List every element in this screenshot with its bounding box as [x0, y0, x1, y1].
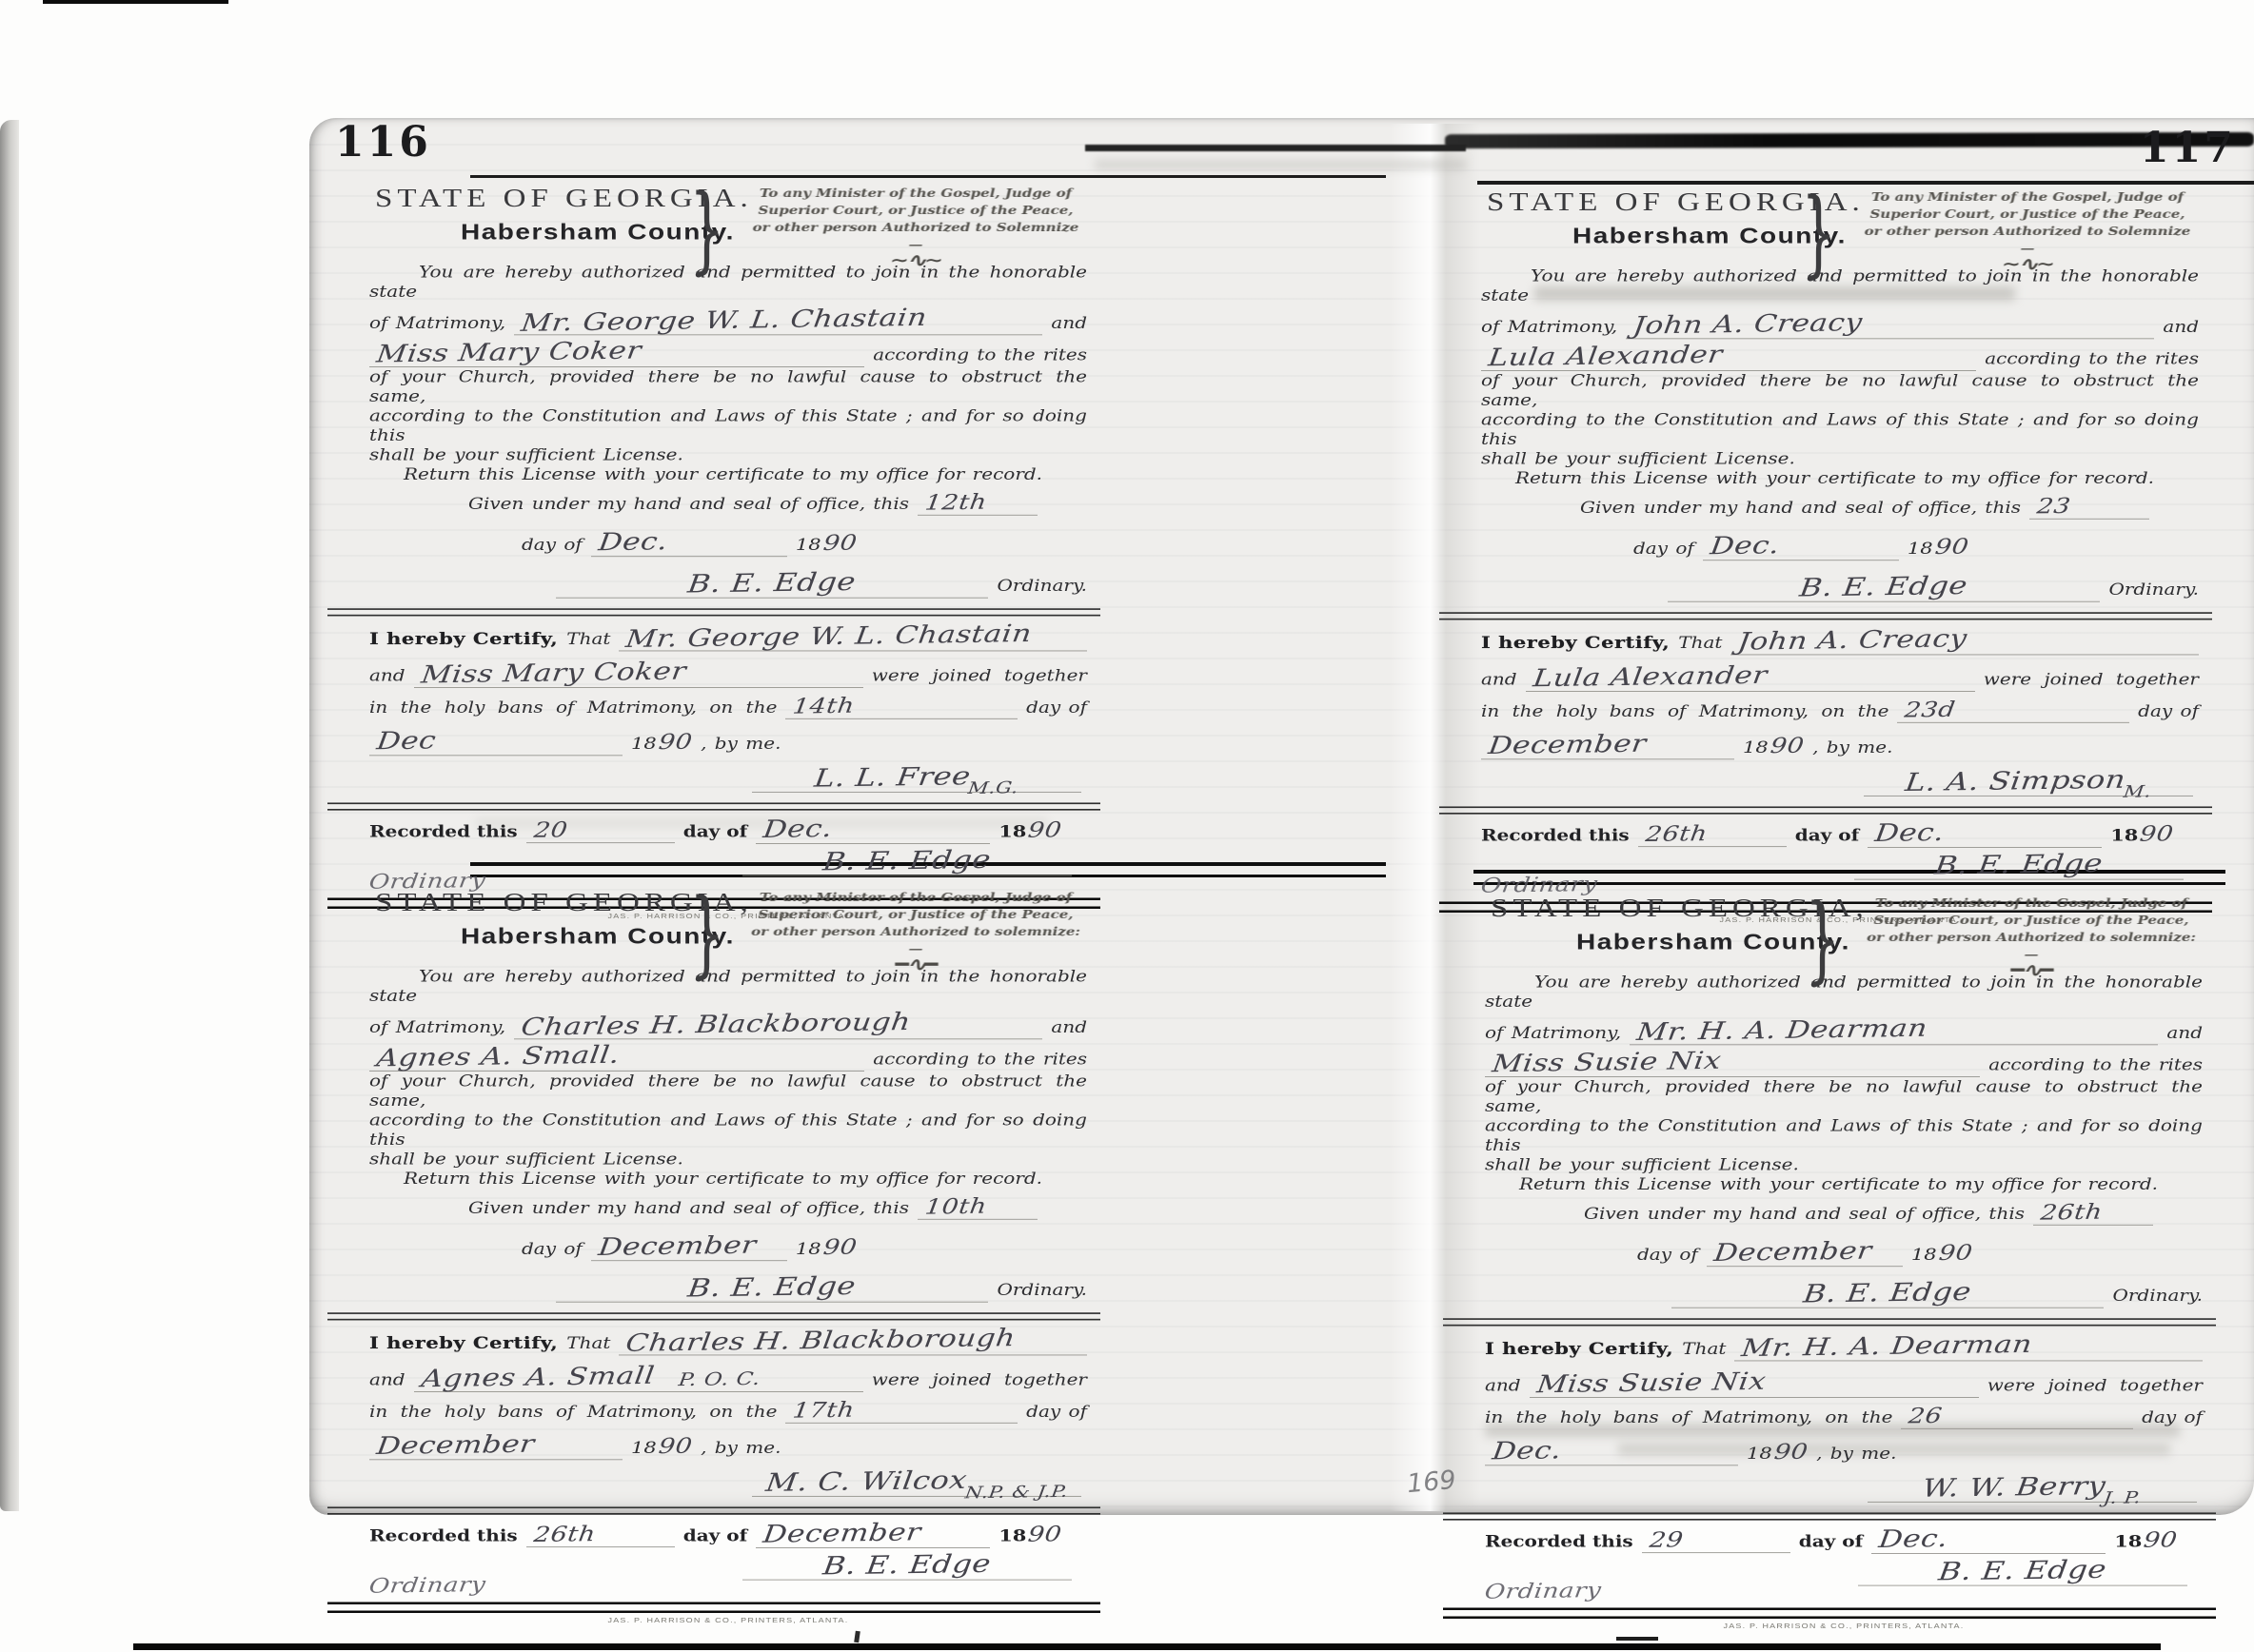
certificate-bottom-rule [327, 1602, 1100, 1612]
addressee-line: To any Minister of the Gospel, Judge of … [753, 187, 1079, 252]
brace-decoration: } [1805, 884, 1841, 993]
certificate-bottom-rule [1443, 1607, 2216, 1618]
year-prefix: 18 [2114, 1531, 2142, 1551]
marriage-year-hand: 90 [1772, 1440, 1809, 1465]
addressee-text: To any Minister of the Gospel, Judge of … [748, 185, 1083, 269]
printed-label: of Matrimony, [369, 1017, 505, 1037]
printed-label: of Matrimony, [369, 313, 505, 333]
recorder-title-script: Ordinary [367, 1573, 486, 1598]
printer-imprint: JAS. P. HARRISON & CO., PRINTERS, ATLANT… [369, 1616, 1087, 1623]
printed-label: and [2163, 317, 2199, 337]
marriage-day-line: in the holy bans of Matrimony, on the 14… [369, 694, 1087, 718]
certificate-header: STATE OF GEORGIA, Habersham County. } To… [369, 889, 1087, 964]
license-day-hand: 10th [923, 1194, 988, 1219]
addressee-line: To any Minister of the Gospel, Judge of … [1867, 896, 2196, 962]
printed-label: That [566, 1333, 610, 1353]
certify-label: I hereby Certify, [1481, 633, 1670, 653]
addressee-line: To any Minister of the Gospel, Judge of … [751, 891, 1080, 956]
section-divider [327, 1506, 1100, 1514]
year-prefix: 18 [631, 1438, 657, 1458]
certified-groom-field: Mr. George W. L. Chastain [619, 622, 1087, 651]
certified-bride-line: and Miss Mary Coker were joined together [369, 659, 1087, 688]
year-prefix: 18 [796, 535, 821, 555]
certify-line: I hereby Certify, That Mr. H. A. Dearman [1485, 1332, 2203, 1361]
flourish-icon: ━∿━ [748, 956, 1083, 973]
year-prefix: 18 [1911, 1245, 1937, 1265]
license-day-hand: 12th [923, 490, 988, 515]
printed-label: according to the rites [1988, 1055, 2203, 1075]
marriage-license-record: STATE OF GEORGIA. Habersham County. } To… [1481, 188, 2199, 923]
year-prefix: 18 [998, 1525, 1026, 1545]
recorded-day-hand: 26th [1644, 821, 1709, 846]
brace-decoration: } [1801, 178, 1837, 287]
printed-label: were joined together [872, 666, 1087, 686]
recorded-day-field: 26th [1638, 822, 1787, 847]
recorded-line: Recorded this 29 day of Dec. 1890 [1485, 1525, 2203, 1554]
marriage-month-field: Dec. [1485, 1437, 1738, 1465]
ordinary-signature-line: B. E. Edge Ordinary. [556, 568, 1087, 599]
bride-name-field: Lula Alexander [1481, 343, 1976, 371]
ordinary-signature-hand: B. E. Edge [686, 566, 858, 599]
marriage-month-line: Dec. 1890 , by me. [1485, 1437, 2203, 1465]
license-month-hand: Dec. [597, 527, 669, 557]
printed-label: day of [522, 535, 583, 555]
printed-label: according to the rites [1985, 349, 2199, 369]
groom-line: of Matrimony, Mr. George W. L. Chastain … [369, 306, 1087, 335]
officiant-signature-field: L. A. SimpsonM. [1864, 766, 2193, 796]
license-date-line: Given under my hand and seal of office, … [1580, 494, 2199, 519]
officiant-title-hand: J. P. [2103, 1488, 2143, 1507]
printed-label: day of [1637, 1245, 1698, 1265]
license-day-field: 12th [918, 490, 1038, 515]
marriage-day-hand: 14th [792, 694, 857, 718]
page-head-rule [1477, 181, 2254, 185]
certificate-header: STATE OF GEORGIA, Habersham County. } To… [1485, 895, 2203, 970]
printed-line: according to the Constitution and Laws o… [1481, 410, 2199, 449]
marriage-month-line: Dec 1890 , by me. [369, 727, 1087, 756]
certify-line: I hereby Certify, That Mr. George W. L. … [369, 622, 1087, 651]
license-day-field: 10th [918, 1194, 1038, 1219]
license-month-hand: Dec. [1709, 531, 1781, 560]
section-divider [1439, 612, 2212, 619]
recorded-month-field: Dec. [1871, 1525, 2106, 1554]
printed-label: , by me. [1812, 737, 1892, 757]
printed-label: day of [1799, 1532, 1863, 1552]
certified-groom-hand: Mr. George W. L. Chastain [624, 619, 1034, 654]
groom-name-field: Mr. George W. L. Chastain [514, 306, 1042, 335]
recorded-month-field: Dec. [1868, 819, 2102, 848]
certified-groom-field: Mr. H. A. Dearman [1734, 1332, 2203, 1361]
ordinary-signature-field: B. E. Edge [1668, 572, 2100, 602]
license-date-line: Given under my hand and seal of office, … [468, 1194, 1087, 1219]
license-month-line: day of Dec. 1890 [522, 528, 1034, 557]
printed-label: day of [2142, 1408, 2203, 1428]
marriage-day-field: 14th [785, 694, 1018, 718]
section-divider [327, 1312, 1100, 1320]
printed-label: and [1051, 313, 1087, 333]
marriage-day-hand: 23d [1904, 698, 1958, 722]
marriage-license-record: STATE OF GEORGIA, Habersham County. } To… [369, 889, 1087, 1623]
printed-label: and [1481, 670, 1517, 690]
marriage-license-record: STATE OF GEORGIA, Habersham County. } To… [1485, 895, 2203, 1629]
marriage-month-line: December 1890 , by me. [369, 1431, 1087, 1460]
printed-label: day of [1026, 1403, 1087, 1423]
marriage-day-hand: 17th [792, 1398, 857, 1423]
section-divider [1439, 806, 2212, 814]
license-year-hand: 90 [1937, 1241, 1974, 1266]
recorded-label: Recorded this [1481, 826, 1630, 846]
printed-line: Return this License with your certificat… [1485, 1174, 2203, 1194]
certified-groom-hand: Mr. H. A. Dearman [1740, 1330, 2034, 1363]
printed-label: were joined together [1984, 670, 2199, 690]
certified-bride-hand: Agnes A. Small [419, 1362, 656, 1393]
stray-mark [1616, 1637, 1658, 1641]
officiant-signature-line: W. W. BerryJ. P. [1485, 1472, 2197, 1503]
recorded-day-field: 26th [526, 1523, 675, 1547]
year-prefix: 18 [796, 1239, 821, 1259]
printed-label: Given under my hand and seal of office, … [1580, 499, 2021, 519]
pencil-notation: 169 [1406, 1465, 1457, 1499]
officiant-title-hand: M. [2123, 782, 2153, 801]
page-top-edge-shadow [1085, 145, 1466, 151]
printed-label: That [1682, 1339, 1726, 1359]
recorded-month-hand: Dec. [1877, 1524, 1949, 1554]
printed-line: of your Church, provided there be no law… [1481, 371, 2199, 410]
certified-groom-field: John A. Creacy [1730, 626, 2199, 655]
certified-bride-hand: Miss Mary Coker [419, 658, 687, 689]
officiant-signature-line: M. C. WilcoxN.P. & J.P. [369, 1466, 1081, 1497]
ink-bleedthrough [1095, 160, 1466, 169]
flourish-icon: ∼∿∼ [1860, 256, 2195, 273]
printed-label: , by me. [1816, 1444, 1896, 1464]
recorded-day-hand: 26th [532, 1522, 597, 1546]
marriage-month-hand: Dec [375, 726, 438, 755]
printed-line: according to the Constitution and Laws o… [1485, 1116, 2203, 1155]
ordinary-signature-line: B. E. Edge Ordinary. [556, 1272, 1087, 1303]
section-divider [327, 608, 1100, 616]
year-prefix: 18 [631, 734, 657, 754]
year-prefix: 18 [1747, 1444, 1772, 1464]
marriage-month-hand: Dec. [1491, 1436, 1563, 1465]
groom-name-field: Charles H. Blackborough [514, 1011, 1042, 1039]
license-day-hand: 23 [2035, 494, 2072, 519]
marriage-month-hand: December [1487, 730, 1648, 760]
certify-label: I hereby Certify, [369, 1333, 558, 1353]
certify-label: I hereby Certify, [369, 629, 558, 649]
certify-label: I hereby Certify, [1485, 1339, 1673, 1359]
recorder-signature-field: B. E. Edge [742, 1550, 1072, 1581]
ordinary-signature-field: B. E. Edge [556, 1272, 988, 1303]
bride-name-field: Miss Mary Coker [369, 339, 864, 367]
officiant-title-hand: N.P. & J.P. [963, 1482, 1069, 1502]
certified-groom-hand: John A. Creacy [1736, 624, 1968, 656]
recorded-day-hand: 20 [532, 818, 569, 843]
certified-bride-line: and Miss Susie Nix were joined together [1485, 1369, 2203, 1398]
bride-name-hand: Miss Susie Nix [1491, 1047, 1723, 1078]
officiant-signature-field: L. L. FreeM.G. [752, 762, 1081, 793]
recorded-line: Recorded this 26th day of Dec. 1890 [1481, 819, 2199, 848]
section-divider [1443, 1512, 2216, 1520]
marriage-day-field: 17th [785, 1398, 1018, 1423]
bride-name-hand: Lula Alexander [1487, 341, 1725, 372]
recorded-month-hand: December [761, 1518, 922, 1548]
recorder-signature-hand: B. E. Edge [821, 844, 993, 876]
officiant-signature-hand: M. C. Wilcox [763, 1465, 968, 1497]
recorded-label: Recorded this [369, 1526, 518, 1546]
license-year-hand: 90 [821, 1235, 859, 1260]
addressee-text: To any Minister of the Gospel, Judge of … [748, 889, 1083, 973]
marriage-license-record: STATE OF GEORGIA. Habersham County. } To… [369, 185, 1087, 919]
officiant-signature-hand: L. A. Simpson [1904, 764, 2127, 796]
recorded-label: Recorded this [1485, 1532, 1633, 1552]
ordinary-signature-field: B. E. Edge [1671, 1278, 2104, 1308]
license-month-field: Dec. [591, 528, 787, 557]
printed-label: day of [683, 1526, 747, 1546]
recorder-signature-hand: B. E. Edge [1937, 1554, 2108, 1586]
recorded-month-hand: Dec. [1873, 818, 1946, 848]
bride-name-hand: Agnes A. Small. [375, 1041, 622, 1072]
bride-line: Miss Mary Coker according to the rites [369, 339, 1087, 367]
marriage-month-field: Dec [369, 727, 623, 756]
year-prefix: 18 [1743, 737, 1769, 757]
printed-line: shall be your sufficient License. [369, 445, 1087, 465]
groom-name-field: John A. Creacy [1626, 310, 2154, 339]
page-head-rule [470, 175, 1386, 178]
printed-label: in the holy bans of Matrimony, on the [369, 698, 777, 718]
printed-label: That [566, 629, 610, 649]
recorded-year-hand: 90 [1027, 1523, 1064, 1547]
printer-imprint: JAS. P. HARRISON & CO., PRINTERS, ATLANT… [1485, 1622, 2203, 1629]
ordinary-signature-hand: B. E. Edge [1802, 1276, 1973, 1308]
certificate-header: STATE OF GEORGIA. Habersham County. } To… [1481, 188, 2199, 264]
printed-label: in the holy bans of Matrimony, on the [1481, 702, 1888, 722]
marriage-day-line: in the holy bans of Matrimony, on the 23… [1481, 698, 2199, 722]
license-month-line: day of December 1890 [522, 1232, 1034, 1261]
bride-name-field: Miss Susie Nix [1485, 1049, 1980, 1077]
printed-label: Ordinary. [2112, 1287, 2203, 1307]
scanned-marriage-register-spread: 116 117 STATE OF GEORGIA. Habersham Coun… [0, 0, 2254, 1652]
printed-label: and [369, 1370, 405, 1390]
ordinary-signature-hand: B. E. Edge [1798, 570, 1969, 602]
marriage-day-line: in the holy bans of Matrimony, on the 17… [369, 1398, 1087, 1423]
printed-label: Given under my hand and seal of office, … [468, 1199, 909, 1219]
ordinary-signature-line: B. E. Edge Ordinary. [1671, 1278, 2203, 1308]
section-divider [327, 802, 1100, 810]
certified-bride-line: and Lula Alexander were joined together [1481, 663, 2199, 692]
certified-bride-field: Lula Alexander [1526, 663, 1975, 692]
marriage-month-field: December [1481, 731, 1734, 759]
certified-bride-hand: Miss Susie Nix [1534, 1367, 1767, 1399]
printed-line: shall be your sufficient License. [1481, 449, 2199, 469]
section-divider [1443, 1318, 2216, 1326]
license-year-hand: 90 [821, 531, 859, 556]
year-prefix: 18 [2110, 825, 2138, 845]
bride-name-hand: Miss Mary Coker [375, 337, 643, 368]
license-month-hand: December [597, 1231, 758, 1262]
groom-name-hand: John A. Creacy [1631, 308, 1864, 340]
recorded-year-hand: 90 [2143, 1528, 2180, 1553]
recorder-title-script: Ordinary [1483, 1579, 1602, 1603]
recorder-signature-field: B. E. Edge [742, 846, 1072, 876]
certified-bride-field: Miss Mary Coker [414, 659, 863, 688]
printed-line: of your Church, provided there be no law… [1485, 1077, 2203, 1116]
scan-bottom-edge [133, 1643, 2161, 1650]
printed-label: of Matrimony, [1485, 1023, 1621, 1043]
page-gutter-shadow [1390, 124, 1480, 1511]
license-year-hand: 90 [1933, 535, 1970, 560]
printed-label: in the holy bans of Matrimony, on the [369, 1403, 777, 1423]
printed-line: shall be your sufficient License. [369, 1150, 1087, 1170]
year-prefix: 18 [998, 821, 1026, 841]
printed-line: Return this License with your certificat… [369, 464, 1087, 484]
adjacent-page-edge [0, 120, 19, 1511]
bride-note-hand: P. O. C. [677, 1369, 761, 1391]
certified-bride-line: and Agnes A. SmallP. O. C. were joined t… [369, 1364, 1087, 1392]
printed-line: shall be your sufficient License. [1485, 1155, 2203, 1175]
printed-label: day of [2138, 702, 2199, 722]
printed-label: Given under my hand and seal of office, … [468, 495, 909, 515]
certificate-header: STATE OF GEORGIA. Habersham County. } To… [369, 185, 1087, 260]
groom-name-hand: Mr. H. A. Dearman [1635, 1014, 1929, 1047]
groom-name-hand: Mr. George W. L. Chastain [520, 304, 929, 338]
printed-label: day of [1633, 539, 1694, 559]
bride-line: Lula Alexander according to the rites [1481, 343, 2199, 371]
officiant-signature-hand: W. W. Berry [1921, 1470, 2107, 1503]
recorded-year-hand: 90 [1027, 818, 1064, 843]
bride-line: Miss Susie Nix according to the rites [1485, 1049, 2203, 1077]
page-top-edge-shadow [1445, 132, 2254, 148]
printed-line: according to the Constitution and Laws o… [369, 1111, 1087, 1150]
certified-groom-field: Charles H. Blackborough [619, 1327, 1087, 1355]
printed-label: and [1485, 1376, 1521, 1396]
flourish-icon: ∼∿∼ [748, 252, 1083, 269]
printed-line: Return this License with your certificat… [369, 1169, 1087, 1189]
printed-label: and [1051, 1017, 1087, 1037]
license-day-hand: 26th [2039, 1200, 2104, 1225]
printed-label: in the holy bans of Matrimony, on the [1485, 1408, 1892, 1428]
scan-edge-artifact [43, 0, 228, 4]
recorded-month-field: Dec. [756, 816, 990, 844]
recorded-label: Recorded this [369, 822, 518, 842]
printed-label: Ordinary. [997, 1281, 1087, 1301]
license-day-field: 23 [2029, 494, 2149, 519]
page-number-left: 116 [335, 122, 431, 164]
bride-name-field: Agnes A. Small. [369, 1043, 864, 1072]
certified-bride-field: Agnes A. SmallP. O. C. [414, 1364, 863, 1392]
license-day-field: 26th [2033, 1200, 2153, 1225]
addressee-text: To any Minister of the Gospel, Judge of … [1864, 895, 2199, 979]
license-month-field: December [1707, 1238, 1903, 1267]
marriage-month-field: December [369, 1431, 623, 1460]
marriage-month-line: December 1890 , by me. [1481, 731, 2199, 759]
officiant-signature-field: W. W. BerryJ. P. [1868, 1472, 2197, 1503]
printed-line: of your Church, provided there be no law… [369, 367, 1087, 406]
recorded-day-hand: 29 [1648, 1528, 1685, 1553]
printed-label: and [369, 666, 405, 686]
stray-mark [854, 1631, 860, 1643]
year-prefix: 18 [1908, 539, 1933, 559]
certified-groom-hand: Charles H. Blackborough [624, 1324, 1018, 1357]
addressee-text: To any Minister of the Gospel, Judge of … [1860, 188, 2195, 273]
officiant-title-hand: M.G. [967, 778, 1020, 797]
recorded-day-field: 20 [526, 818, 675, 843]
marriage-day-line: in the holy bans of Matrimony, on the 26… [1485, 1404, 2203, 1428]
addressee-line: To any Minister of the Gospel, Judge of … [1865, 190, 2191, 256]
ordinary-signature-hand: B. E. Edge [686, 1270, 858, 1303]
recorded-year-hand: 90 [2139, 822, 2176, 847]
recorder-signature-field: B. E. Edge [1858, 1556, 2187, 1586]
recorded-month-hand: Dec. [761, 815, 834, 844]
groom-name-field: Mr. H. A. Dearman [1630, 1016, 2158, 1045]
certified-bride-hand: Lula Alexander [1531, 661, 1769, 693]
recorded-day-field: 29 [1642, 1528, 1790, 1553]
groom-name-hand: Charles H. Blackborough [520, 1008, 913, 1041]
printed-label: , by me. [701, 734, 781, 754]
officiant-signature-hand: L. L. Free [813, 761, 973, 793]
brace-decoration: } [689, 174, 725, 284]
certify-line: I hereby Certify, That Charles H. Blackb… [369, 1327, 1087, 1355]
marriage-day-field: 23d [1897, 698, 2129, 722]
officiant-signature-field: M. C. WilcoxN.P. & J.P. [752, 1466, 1081, 1497]
brace-decoration: } [689, 878, 725, 988]
marriage-year-hand: 90 [657, 730, 694, 755]
printed-label: day of [1026, 698, 1087, 718]
groom-line: of Matrimony, Charles H. Blackborough an… [369, 1011, 1087, 1039]
groom-line: of Matrimony, Mr. H. A. Dearman and [1485, 1016, 2203, 1045]
printed-label: day of [1795, 826, 1859, 846]
license-date-line: Given under my hand and seal of office, … [1584, 1200, 2203, 1225]
printed-line: Return this License with your certificat… [1481, 468, 2199, 488]
license-date-line: Given under my hand and seal of office, … [468, 490, 1087, 515]
officiant-signature-line: L. L. FreeM.G. [369, 762, 1081, 793]
recorder-signature-hand: B. E. Edge [1933, 848, 2105, 880]
recorder-signature-hand: B. E. Edge [821, 1548, 993, 1581]
printed-label: were joined together [872, 1370, 1087, 1390]
groom-line: of Matrimony, John A. Creacy and [1481, 310, 2199, 339]
printed-label: day of [683, 822, 747, 842]
certified-bride-field: Miss Susie Nix [1530, 1369, 1979, 1398]
printed-label: and [2166, 1023, 2203, 1043]
printed-label: of Matrimony, [1481, 317, 1617, 337]
marriage-day-field: 26 [1901, 1404, 2133, 1428]
license-month-line: day of December 1890 [1637, 1238, 2149, 1267]
printed-line: of your Church, provided there be no law… [369, 1072, 1087, 1111]
printed-label: Ordinary. [997, 577, 1087, 597]
marriage-year-hand: 90 [657, 1434, 694, 1459]
printed-label: That [1678, 633, 1722, 653]
ordinary-signature-line: B. E. Edge Ordinary. [1668, 572, 2199, 602]
recorder-signature-field: B. E. Edge [1854, 850, 2184, 880]
license-month-line: day of Dec. 1890 [1633, 532, 2145, 560]
marriage-day-hand: 26 [1908, 1404, 1945, 1428]
marriage-month-hand: December [375, 1430, 536, 1461]
license-month-hand: December [1712, 1237, 1873, 1268]
recorded-month-field: December [756, 1520, 990, 1548]
license-month-field: Dec. [1703, 532, 1899, 560]
ordinary-signature-field: B. E. Edge [556, 568, 988, 599]
printed-label: were joined together [1987, 1376, 2203, 1396]
printed-label: according to the rites [873, 1050, 1087, 1070]
printed-label: day of [522, 1239, 583, 1259]
printed-label: Ordinary. [2108, 580, 2199, 600]
recorded-line: Recorded this 26th day of December 1890 [369, 1520, 1087, 1548]
recorded-line: Recorded this 20 day of Dec. 1890 [369, 816, 1087, 844]
page-number-right: 117 [2140, 128, 2236, 169]
printed-label: , by me. [701, 1438, 781, 1458]
license-month-field: December [591, 1232, 787, 1261]
flourish-icon: ━∿━ [1864, 962, 2199, 979]
printed-label: according to the rites [873, 345, 1087, 365]
